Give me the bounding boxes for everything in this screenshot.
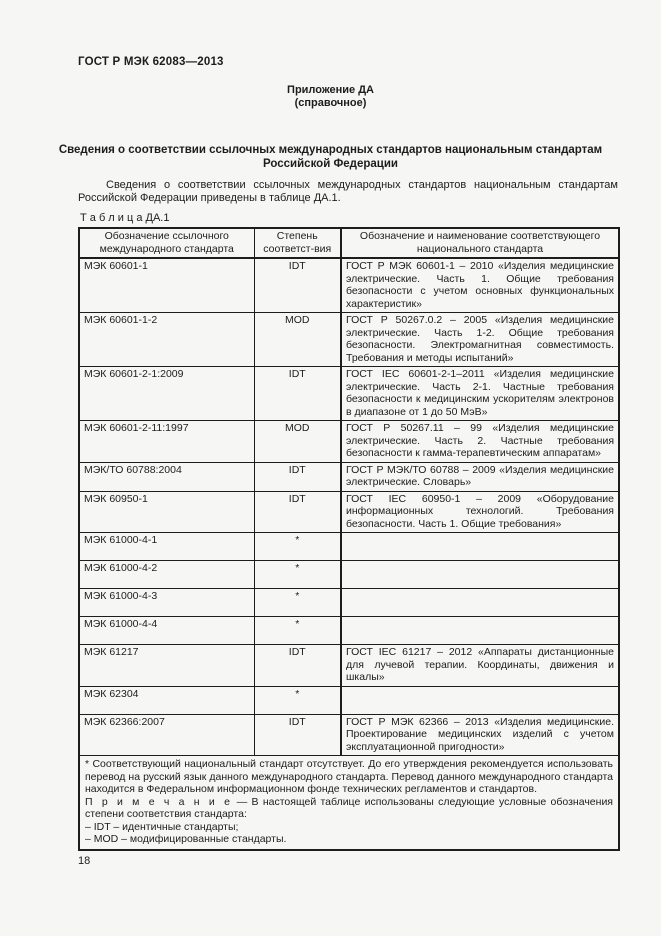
- national-standard-cell: ГОСТ Р МЭК 60601-1 – 2010 «Изделия медиц…: [341, 258, 619, 313]
- ref-standard-cell: МЭК 61000-4-2: [79, 561, 254, 589]
- degree-cell: *: [254, 561, 341, 589]
- degree-cell: IDT: [254, 258, 341, 313]
- national-standard-cell: ГОСТ IEC 60601-2-1–2011 «Изделия медицин…: [341, 367, 619, 421]
- table-row: МЭК/ТО 60788:2004IDTГОСТ Р МЭК/ТО 60788 …: [79, 462, 619, 491]
- national-standard-cell: ГОСТ IEC 60950-1 – 2009 «Оборудование ин…: [341, 491, 619, 533]
- national-standard-cell: ГОСТ Р 50267.11 – 99 «Изделия медицински…: [341, 421, 619, 463]
- table-row: МЭК 62304*: [79, 686, 619, 714]
- national-standard-cell: [341, 686, 619, 714]
- correspondence-table: Обозначение ссылочного международного ст…: [78, 227, 620, 851]
- table-row: МЭК 61000-4-1*: [79, 533, 619, 561]
- degree-cell: *: [254, 686, 341, 714]
- ref-standard-cell: МЭК 61217: [79, 645, 254, 687]
- table-row: МЭК 62366:2007IDTГОСТ Р МЭК 62366 – 2013…: [79, 714, 619, 756]
- footnote-note-label: П р и м е ч а н и е: [85, 796, 232, 808]
- table-row: МЭК 60601-2-1:2009IDTГОСТ IEC 60601-2-1–…: [79, 367, 619, 421]
- ref-standard-cell: МЭК 61000-4-4: [79, 617, 254, 645]
- table-row: МЭК 60950-1IDTГОСТ IEC 60950-1 – 2009 «О…: [79, 491, 619, 533]
- table-row: МЭК 61000-4-3*: [79, 589, 619, 617]
- national-standard-cell: [341, 617, 619, 645]
- table-header-row: Обозначение ссылочного международного ст…: [79, 228, 619, 258]
- national-standard-cell: ГОСТ Р МЭК 62366 – 2013 «Изделия медицин…: [341, 714, 619, 756]
- section-title: Сведения о соответствии ссылочных междун…: [58, 143, 603, 171]
- table-caption: Т а б л и ц а ДА.1: [80, 212, 169, 224]
- footnote-note: П р и м е ч а н и е — В настоящей таблиц…: [85, 796, 613, 821]
- col-header-national-standard: Обозначение и наименование соответствующ…: [341, 228, 619, 258]
- col-header-degree: Степень соответст-вия: [254, 228, 341, 258]
- table-header: Обозначение ссылочного международного ст…: [79, 228, 619, 258]
- footnote-item-idt: – IDT – идентичные стандарты;: [85, 821, 613, 834]
- national-standard-cell: ГОСТ Р МЭК/ТО 60788 – 2009 «Изделия меди…: [341, 462, 619, 491]
- degree-cell: IDT: [254, 462, 341, 491]
- appendix-subtitle: (справочное): [0, 97, 661, 109]
- footnote-star-text: * Соответствующий национальный стандарт …: [85, 758, 613, 796]
- table-row: МЭК 60601-1IDTГОСТ Р МЭК 60601-1 – 2010 …: [79, 258, 619, 313]
- degree-cell: MOD: [254, 313, 341, 367]
- degree-cell: IDT: [254, 491, 341, 533]
- national-standard-cell: ГОСТ Р 50267.0.2 – 2005 «Изделия медицин…: [341, 313, 619, 367]
- degree-cell: MOD: [254, 421, 341, 463]
- table-footnote: * Соответствующий национальный стандарт …: [79, 756, 619, 850]
- footnote-cell: * Соответствующий национальный стандарт …: [79, 756, 619, 850]
- footnote-row: * Соответствующий национальный стандарт …: [79, 756, 619, 850]
- ref-standard-cell: МЭК 61000-4-3: [79, 589, 254, 617]
- ref-standard-cell: МЭК 60950-1: [79, 491, 254, 533]
- national-standard-cell: [341, 561, 619, 589]
- document-page: ГОСТ Р МЭК 62083—2013 Приложение ДА (спр…: [0, 0, 661, 936]
- ref-standard-cell: МЭК 62366:2007: [79, 714, 254, 756]
- national-standard-cell: [341, 533, 619, 561]
- doc-code: ГОСТ Р МЭК 62083—2013: [78, 56, 224, 68]
- intro-paragraph: Сведения о соответствии ссылочных междун…: [78, 179, 618, 205]
- ref-standard-cell: МЭК 60601-1-2: [79, 313, 254, 367]
- ref-standard-cell: МЭК 61000-4-1: [79, 533, 254, 561]
- degree-cell: *: [254, 617, 341, 645]
- table-row: МЭК 61000-4-2*: [79, 561, 619, 589]
- ref-standard-cell: МЭК 60601-1: [79, 258, 254, 313]
- table-row: МЭК 60601-1-2MODГОСТ Р 50267.0.2 – 2005 …: [79, 313, 619, 367]
- degree-cell: IDT: [254, 714, 341, 756]
- footnote-item-mod: – MOD – модифицированные стандарты.: [85, 833, 613, 846]
- national-standard-cell: ГОСТ IEC 61217 – 2012 «Аппараты дистанци…: [341, 645, 619, 687]
- table-row: МЭК 61217IDTГОСТ IEC 61217 – 2012 «Аппар…: [79, 645, 619, 687]
- ref-standard-cell: МЭК 62304: [79, 686, 254, 714]
- degree-cell: *: [254, 589, 341, 617]
- appendix-title: Приложение ДА: [0, 84, 661, 96]
- ref-standard-cell: МЭК 60601-2-11:1997: [79, 421, 254, 463]
- page-number: 18: [78, 855, 90, 867]
- ref-standard-cell: МЭК/ТО 60788:2004: [79, 462, 254, 491]
- degree-cell: *: [254, 533, 341, 561]
- degree-cell: IDT: [254, 367, 341, 421]
- table-body: МЭК 60601-1IDTГОСТ Р МЭК 60601-1 – 2010 …: [79, 258, 619, 756]
- col-header-ref-standard: Обозначение ссылочного международного ст…: [79, 228, 254, 258]
- degree-cell: IDT: [254, 645, 341, 687]
- table-row: МЭК 61000-4-4*: [79, 617, 619, 645]
- ref-standard-cell: МЭК 60601-2-1:2009: [79, 367, 254, 421]
- table-row: МЭК 60601-2-11:1997MODГОСТ Р 50267.11 – …: [79, 421, 619, 463]
- national-standard-cell: [341, 589, 619, 617]
